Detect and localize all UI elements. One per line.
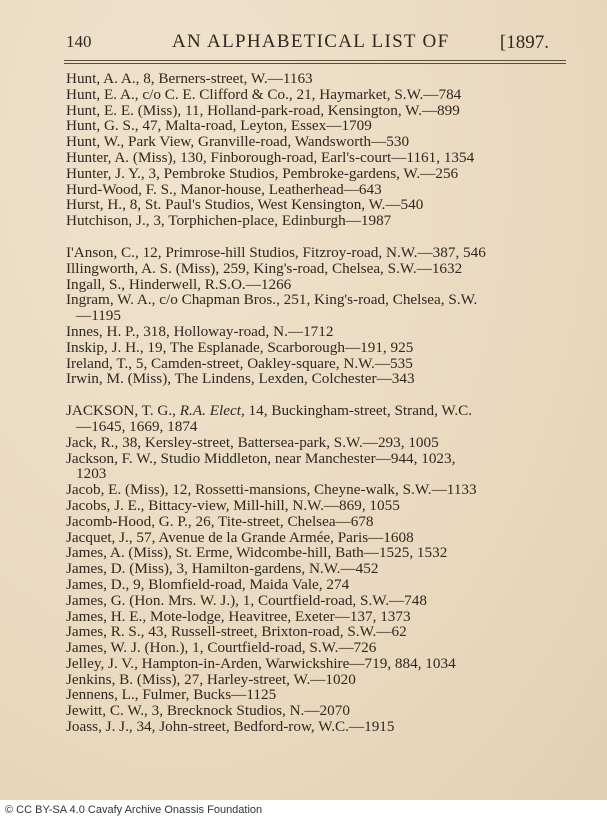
list-item: Hunt, A. A., 8, Berners-street, W.—1163 xyxy=(66,71,556,87)
page-title: AN ALPHABETICAL LIST OF xyxy=(172,31,449,53)
list-item: James, R. S., 43, Russell-street, Brixto… xyxy=(66,624,556,640)
list-item: Hurst, H., 8, St. Paul's Studios, West K… xyxy=(66,197,556,213)
entry-text: Jacquet, J., 57, Avenue de la Grande Arm… xyxy=(66,529,414,546)
list-item: Hunter, A. (Miss), 130, Finborough-road,… xyxy=(66,150,556,166)
list-item: Jacquet, J., 57, Avenue de la Grande Arm… xyxy=(66,530,556,546)
list-item: Jack, R., 38, Kersley-street, Battersea-… xyxy=(66,435,556,451)
entry-text: Hunt, G. S., 47, Malta-road, Leyton, Ess… xyxy=(66,117,372,134)
entry-continuation: —1195 xyxy=(66,308,556,324)
entry-text: James, G. (Hon. Mrs. W. J.), 1, Courtfie… xyxy=(66,592,427,609)
entry-text: Jack, R., 38, Kersley-street, Battersea-… xyxy=(66,434,439,451)
entry-text: Jacob, E. (Miss), 12, Rossetti-mansions,… xyxy=(66,481,477,498)
list-item: Jacobs, J. E., Bittacy-view, Mill-hill, … xyxy=(66,498,556,514)
list-item: Innes, H. P., 318, Holloway-road, N.—171… xyxy=(66,324,556,340)
list-item: James, G. (Hon. Mrs. W. J.), 1, Courtfie… xyxy=(66,593,556,609)
list-item: Irwin, M. (Miss), The Lindens, Lexden, C… xyxy=(66,371,556,387)
entry-text: Jenkins, B. (Miss), 27, Harley-street, W… xyxy=(66,671,356,688)
list-item: Hunt, E. A., c/o C. E. Clifford & Co., 2… xyxy=(66,87,556,103)
list-item: Joass, J. J., 34, John-street, Bedford-r… xyxy=(66,719,556,735)
entry-text: Hunt, A. A., 8, Berners-street, W.—1163 xyxy=(66,70,313,87)
entry-text: , 14, Buckingham-street, Strand, W.C. xyxy=(241,402,472,419)
list-item: JACKSON, T. G., R.A. Elect, 14, Buckingh… xyxy=(66,403,556,435)
entry-text: Hutchison, J., 3, Torphichen-place, Edin… xyxy=(66,212,391,229)
letter-group-h: Hunt, A. A., 8, Berners-street, W.—1163H… xyxy=(66,71,556,229)
list-item: Illingworth, A. S. (Miss), 259, King's-r… xyxy=(66,261,556,277)
list-item: Jennens, L., Fulmer, Bucks—1125 xyxy=(66,687,556,703)
list-item: Hutchison, J., 3, Torphichen-place, Edin… xyxy=(66,213,556,229)
list-item: James, W. J. (Hon.), 1, Courtfield-road,… xyxy=(66,640,556,656)
entry-text: James, W. J. (Hon.), 1, Courtfield-road,… xyxy=(66,639,376,656)
list-item: James, D., 9, Blomfield-road, Maida Vale… xyxy=(66,577,556,593)
entry-text: Hurd-Wood, F. S., Manor-house, Leatherhe… xyxy=(66,181,382,198)
entry-text: Jelley, J. V., Hampton-in-Arden, Warwick… xyxy=(66,655,456,672)
header-rule xyxy=(64,60,566,61)
list-item: Jackson, F. W., Studio Middleton, near M… xyxy=(66,451,556,483)
entry-name: JACKSON, T. G., xyxy=(66,402,180,419)
list-item: James, A. (Miss), St. Erme, Widcombe-hil… xyxy=(66,545,556,561)
entry-text: Hunt, E. A., c/o C. E. Clifford & Co., 2… xyxy=(66,86,461,103)
entry-text: Ingall, S., Hinderwell, R.S.O.—1266 xyxy=(66,276,291,293)
entry-text: Jewitt, C. W., 3, Brecknock Studios, N.—… xyxy=(66,702,350,719)
entry-honour: R.A. Elect xyxy=(180,402,241,419)
year-label: [1897. xyxy=(500,32,549,54)
list-item: Jenkins, B. (Miss), 27, Harley-street, W… xyxy=(66,672,556,688)
entry-text: Joass, J. J., 34, John-street, Bedford-r… xyxy=(66,718,394,735)
entry-text: James, A. (Miss), St. Erme, Widcombe-hil… xyxy=(66,544,447,561)
entry-text: Illingworth, A. S. (Miss), 259, King's-r… xyxy=(66,260,462,277)
entry-text: Irwin, M. (Miss), The Lindens, Lexden, C… xyxy=(66,370,415,387)
list-item: I'Anson, C., 12, Primrose-hill Studios, … xyxy=(66,245,556,261)
scanned-page: 140 AN ALPHABETICAL LIST OF [1897. Hunt,… xyxy=(0,0,607,800)
list-item: Ireland, T., 5, Camden-street, Oakley-sq… xyxy=(66,356,556,372)
header-rule xyxy=(64,63,566,64)
list-item: Jacob, E. (Miss), 12, Rossetti-mansions,… xyxy=(66,482,556,498)
list-item: Hunt, E. E. (Miss), 11, Holland-park-roa… xyxy=(66,103,556,119)
list-item: Hunt, G. S., 47, Malta-road, Leyton, Ess… xyxy=(66,118,556,134)
entry-text: Hurst, H., 8, St. Paul's Studios, West K… xyxy=(66,196,423,213)
entry-text: Innes, H. P., 318, Holloway-road, N.—171… xyxy=(66,323,333,340)
entry-list: Hunt, A. A., 8, Berners-street, W.—1163H… xyxy=(66,71,556,751)
entry-text: Hunter, J. Y., 3, Pembroke Studios, Pemb… xyxy=(66,165,458,182)
list-item: Jewitt, C. W., 3, Brecknock Studios, N.—… xyxy=(66,703,556,719)
copyright-credit: © CC BY-SA 4.0 Cavafy Archive Onassis Fo… xyxy=(5,804,262,816)
letter-group-j: JACKSON, T. G., R.A. Elect, 14, Buckingh… xyxy=(66,403,556,735)
running-head: 140 AN ALPHABETICAL LIST OF [1897. xyxy=(66,28,549,52)
entry-text: Hunt, E. E. (Miss), 11, Holland-park-roa… xyxy=(66,102,460,119)
entry-text: Inskip, J. H., 19, The Esplanade, Scarbo… xyxy=(66,339,413,356)
page-number: 140 xyxy=(66,32,92,52)
list-item: Jelley, J. V., Hampton-in-Arden, Warwick… xyxy=(66,656,556,672)
list-item: Hurd-Wood, F. S., Manor-house, Leatherhe… xyxy=(66,182,556,198)
list-item: Ingram, W. A., c/o Chapman Bros., 251, K… xyxy=(66,292,556,324)
entry-text: Ireland, T., 5, Camden-street, Oakley-sq… xyxy=(66,355,413,372)
list-item: Hunt, W., Park View, Granville-road, Wan… xyxy=(66,134,556,150)
entry-text: James, H. E., Mote-lodge, Heavitree, Exe… xyxy=(66,608,411,625)
entry-continuation: 1203 xyxy=(66,466,556,482)
entry-text: Jackson, F. W., Studio Middleton, near M… xyxy=(66,450,455,467)
entry-text: Hunt, W., Park View, Granville-road, Wan… xyxy=(66,133,409,150)
list-item: Inskip, J. H., 19, The Esplanade, Scarbo… xyxy=(66,340,556,356)
entry-text: James, D., 9, Blomfield-road, Maida Vale… xyxy=(66,576,349,593)
entry-continuation: —1645, 1669, 1874 xyxy=(66,419,556,435)
letter-group-i: I'Anson, C., 12, Primrose-hill Studios, … xyxy=(66,245,556,387)
entry-text: Jennens, L., Fulmer, Bucks—1125 xyxy=(66,686,276,703)
entry-text: Jacobs, J. E., Bittacy-view, Mill-hill, … xyxy=(66,497,400,514)
list-item: James, D. (Miss), 3, Hamilton-gardens, N… xyxy=(66,561,556,577)
list-item: James, H. E., Mote-lodge, Heavitree, Exe… xyxy=(66,609,556,625)
entry-text: Ingram, W. A., c/o Chapman Bros., 251, K… xyxy=(66,291,477,308)
entry-text: Jacomb-Hood, G. P., 26, Tite-street, Che… xyxy=(66,513,374,530)
list-item: Hunter, J. Y., 3, Pembroke Studios, Pemb… xyxy=(66,166,556,182)
entry-text: James, D. (Miss), 3, Hamilton-gardens, N… xyxy=(66,560,378,577)
entry-text: I'Anson, C., 12, Primrose-hill Studios, … xyxy=(66,244,486,261)
list-item: Ingall, S., Hinderwell, R.S.O.—1266 xyxy=(66,277,556,293)
entry-text: James, R. S., 43, Russell-street, Brixto… xyxy=(66,623,407,640)
entry-text: Hunter, A. (Miss), 130, Finborough-road,… xyxy=(66,149,474,166)
list-item: Jacomb-Hood, G. P., 26, Tite-street, Che… xyxy=(66,514,556,530)
